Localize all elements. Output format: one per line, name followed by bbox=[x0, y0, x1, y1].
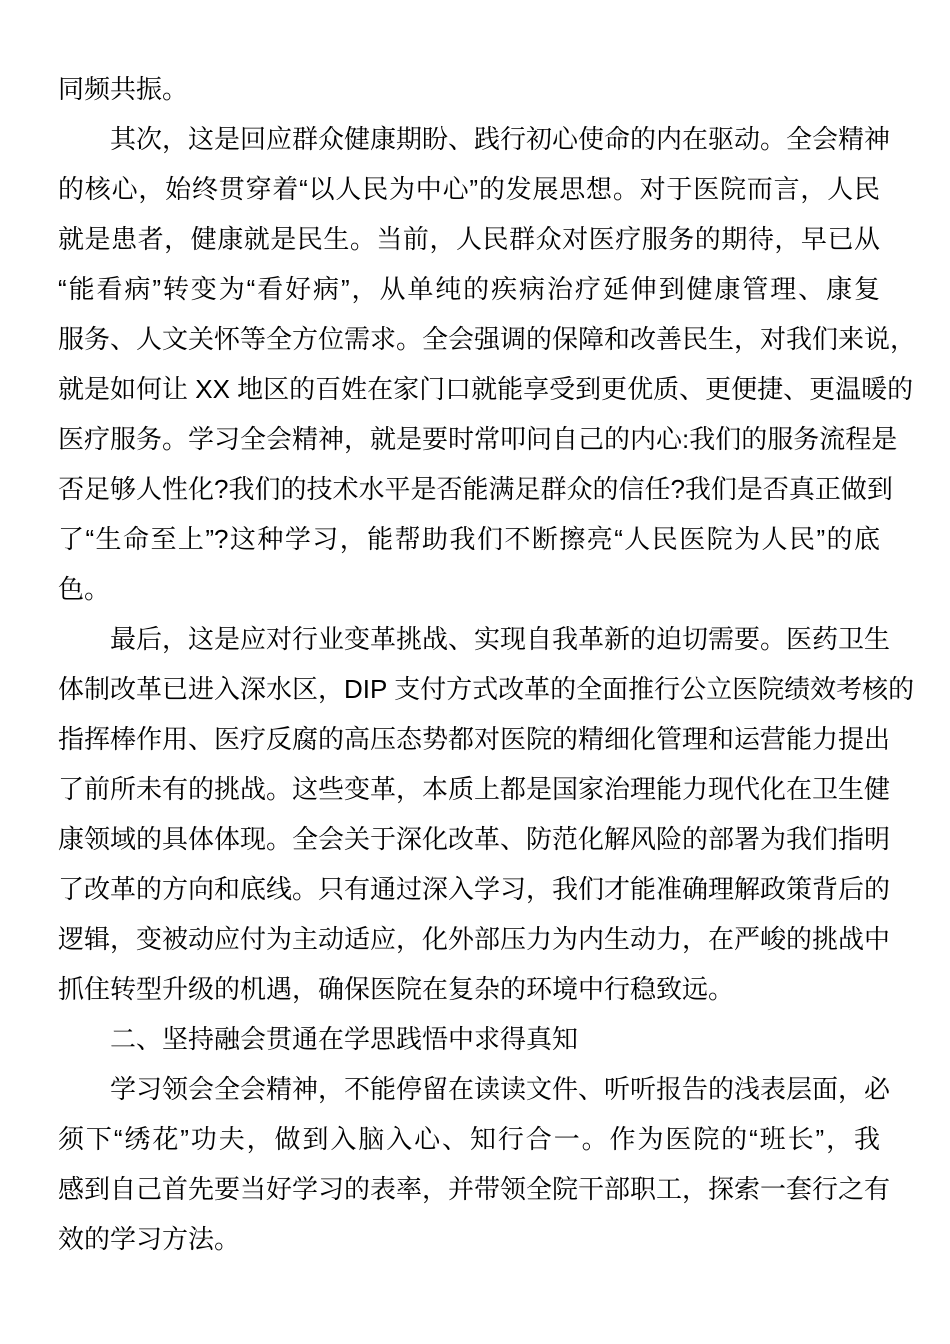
paragraph: 同频共振。 bbox=[58, 64, 880, 114]
doc-line: 其次，这是回应群众健康期盼、践行初心使命的内在驱动。全会精神 bbox=[58, 114, 880, 164]
doc-line: 抓住转型升级的机遇，确保医院在复杂的环境中行稳致远。 bbox=[58, 964, 880, 1014]
doc-line: 指挥棒作用、医疗反腐的高压态势都对医院的精细化管理和运营能力提出 bbox=[58, 714, 880, 764]
doc-line: 效的学习方法。 bbox=[58, 1214, 880, 1264]
doc-line: 色。 bbox=[58, 564, 880, 614]
paragraph: 最后，这是应对行业变革挑战、实现自我革新的迫切需要。医药卫生 体制改革已进入深水… bbox=[58, 614, 880, 1014]
paragraph: 其次，这是回应群众健康期盼、践行初心使命的内在驱动。全会精神 的核心，始终贯穿着… bbox=[58, 114, 880, 614]
document-page: 同频共振。 其次，这是回应群众健康期盼、践行初心使命的内在驱动。全会精神 的核心… bbox=[0, 0, 950, 1344]
doc-line: 医疗服务。学习全会精神，就是要时常叩问自己的内心:我们的服务流程是 bbox=[58, 414, 880, 464]
doc-line: 了改革的方向和底线。只有通过深入学习，我们才能准确理解政策背后的 bbox=[58, 864, 880, 914]
doc-line: 康领域的具体体现。全会关于深化改革、防范化解风险的部署为我们指明 bbox=[58, 814, 880, 864]
doc-line: 服务、人文关怀等全方位需求。全会强调的保障和改善民生，对我们来说， bbox=[58, 314, 880, 364]
doc-line: 就是如何让 XX 地区的百姓在家门口就能享受到更优质、更便捷、更温暖的 bbox=[58, 364, 880, 414]
doc-line: 否足够人性化?我们的技术水平是否能满足群众的信任?我们是否真正做到 bbox=[58, 464, 880, 514]
doc-line: 同频共振。 bbox=[58, 64, 880, 114]
doc-line: 了“生命至上”?这种学习，能帮助我们不断擦亮“人民医院为人民”的底 bbox=[58, 514, 880, 564]
doc-line: 的核心，始终贯穿着“以人民为中心”的发展思想。对于医院而言，人民 bbox=[58, 164, 880, 214]
doc-line: 学习领会全会精神，不能停留在读读文件、听听报告的浅表层面，必 bbox=[58, 1064, 880, 1114]
doc-line: 最后，这是应对行业变革挑战、实现自我革新的迫切需要。医药卫生 bbox=[58, 614, 880, 664]
paragraph: 学习领会全会精神，不能停留在读读文件、听听报告的浅表层面，必 须下“绣花”功夫，… bbox=[58, 1064, 880, 1264]
doc-line: 逻辑，变被动应付为主动适应，化外部压力为内生动力，在严峻的挑战中 bbox=[58, 914, 880, 964]
text-body: 同频共振。 其次，这是回应群众健康期盼、践行初心使命的内在驱动。全会精神 的核心… bbox=[58, 64, 880, 1264]
paragraph: 二、坚持融会贯通在学思践悟中求得真知 bbox=[58, 1014, 880, 1064]
doc-line: 了前所未有的挑战。这些变革，本质上都是国家治理能力现代化在卫生健 bbox=[58, 764, 880, 814]
doc-line: “能看病”转变为“看好病”，从单纯的疾病治疗延伸到健康管理、康复 bbox=[58, 264, 880, 314]
doc-line: 须下“绣花”功夫，做到入脑入心、知行合一。作为医院的“班长”，我 bbox=[58, 1114, 880, 1164]
doc-line: 就是患者，健康就是民生。当前，人民群众对医疗服务的期待，早已从 bbox=[58, 214, 880, 264]
doc-line: 感到自己首先要当好学习的表率，并带领全院干部职工，探索一套行之有 bbox=[58, 1164, 880, 1214]
section-heading-line: 二、坚持融会贯通在学思践悟中求得真知 bbox=[58, 1014, 880, 1064]
doc-line: 体制改革已进入深水区，DIP 支付方式改革的全面推行公立医院绩效考核的 bbox=[58, 664, 880, 714]
